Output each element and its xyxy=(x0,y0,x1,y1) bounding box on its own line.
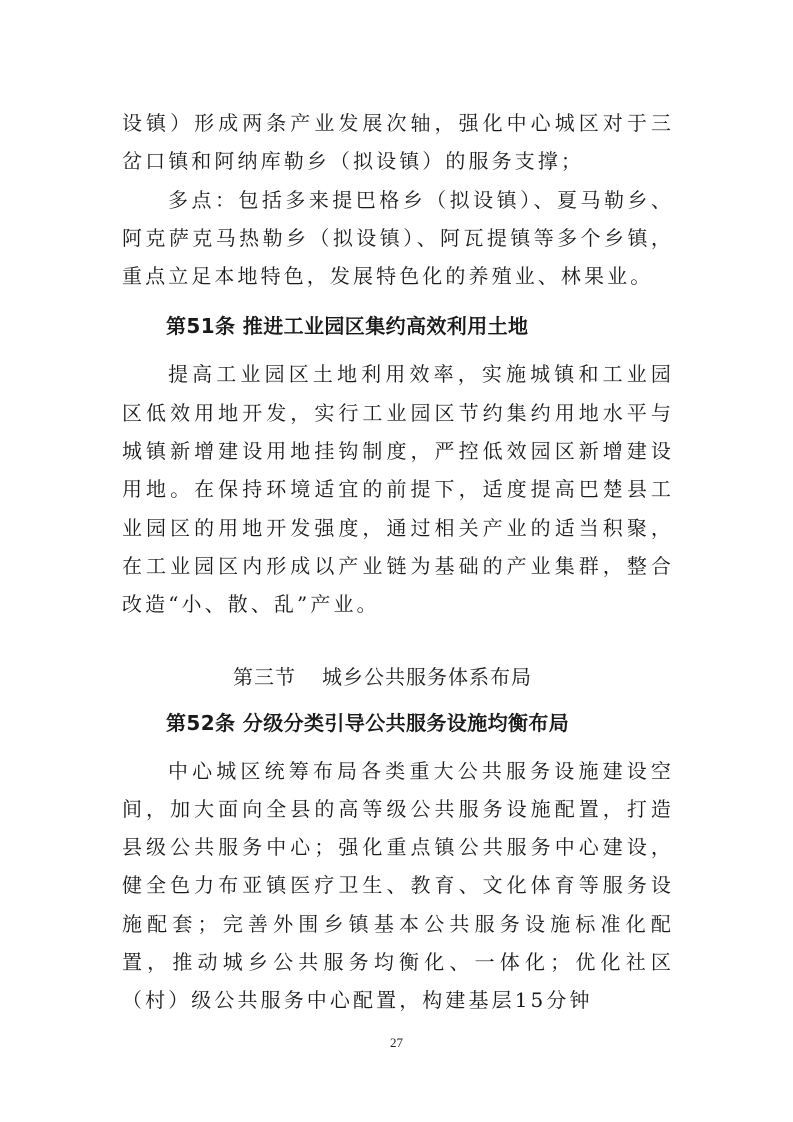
section-number: 第三节 xyxy=(233,665,296,689)
section-title: 城乡公共服务体系布局 xyxy=(322,665,532,689)
article-51-body: 提高工业园区土地利用效率，实施城镇和工业园区低效用地开发，实行工业园区节约集约用… xyxy=(122,355,674,623)
article-51-title: 第51条 推进工业园区集约高效利用土地 xyxy=(122,307,674,345)
article-52-title: 第52条 分级分类引导公共服务设施均衡布局 xyxy=(122,704,674,742)
section-heading: 第三节城乡公共服务体系布局 xyxy=(122,658,674,696)
paragraph-continuation: 设镇）形成两条产业发展次轴，强化中心城区对于三岔口镇和阿纳库勒乡（拟设镇）的服务… xyxy=(122,104,674,181)
document-page: 设镇）形成两条产业发展次轴，强化中心城区对于三岔口镇和阿纳库勒乡（拟设镇）的服务… xyxy=(122,104,674,1020)
paragraph-multi-point: 多点：包括多来提巴格乡（拟设镇）、夏马勒乡、阿克萨克马热勒乡（拟设镇）、阿瓦提镇… xyxy=(122,181,674,296)
article-52-body: 中心城区统筹布局各类重大公共服务设施建设空间，加大面向全县的高等级公共服务设施配… xyxy=(122,752,674,1020)
page-number: 27 xyxy=(0,1035,793,1051)
